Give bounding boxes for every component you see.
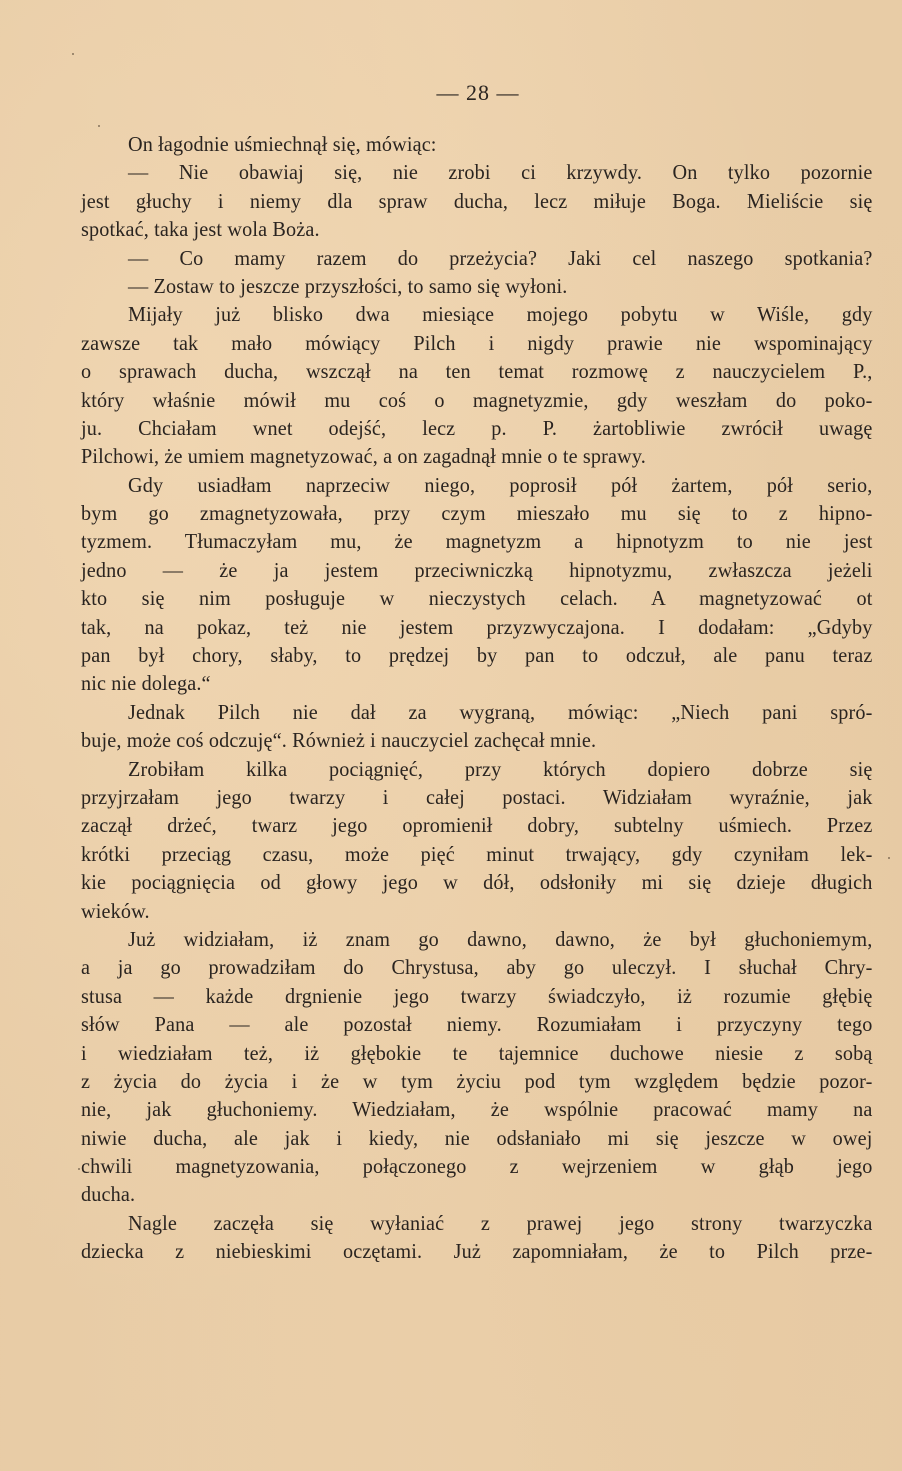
text-line: stusa — każde drgnienie jego twarzy świa… [81,982,872,1010]
page-body-text: On łagodnie uśmiechnął się, mówiąc:— Nie… [81,130,873,1266]
text-line: ducha. [81,1180,872,1208]
text-line: krótki przeciąg czasu, może pięć minut t… [81,840,872,868]
text-line: Jednak Pilch nie dał za wygraną, mówiąc:… [81,698,872,726]
text-line: — Nie obawiaj się, nie zrobi ci krzywdy.… [81,158,872,186]
text-line: chwili magnetyzowania, połączonego z wej… [81,1152,872,1180]
text-line: o sprawach ducha, wszczął na ten temat r… [81,357,872,385]
text-line: pan był chory, słaby, to prędzej by pan … [81,641,872,669]
paper-speck [98,125,100,127]
text-line: nie, jak głuchoniemy. Wiedziałam, że wsp… [81,1095,872,1123]
text-line: Już widziałam, iż znam go dawno, dawno, … [81,925,872,953]
text-line: tyzmem. Tłumaczyłam mu, że magnetyzm a h… [81,527,872,555]
text-line: bym go zmagnetyzowała, przy czym mieszał… [81,499,872,527]
text-line: On łagodnie uśmiechnął się, mówiąc: [81,130,872,158]
text-line: — Co mamy razem do przeżycia? Jaki cel n… [81,244,872,272]
text-line: Nagle zaczęła się wyłaniać z prawej jego… [81,1209,872,1237]
text-line: a ja go prowadziłam do Chrystusa, aby go… [81,953,872,981]
text-line: dziecka z niebieskimi oczętami. Już zapo… [81,1237,872,1265]
text-line: ju. Chciałam wnet odejść, lecz p. P. żar… [81,414,872,442]
text-line: nic nie dolega.“ [81,669,872,697]
text-line: przyjrzałam jego twarzy i całej postaci.… [81,783,872,811]
text-line: jest głuchy i niemy dla spraw ducha, lec… [81,187,872,215]
text-line: zawsze tak mało mówiący Pilch i nigdy pr… [81,329,872,357]
text-line: Pilchowi, że umiem magnetyzować, a on za… [81,442,872,470]
text-line: jedno — że ja jestem przeciwniczką hipno… [81,556,872,584]
paper-speck [468,717,470,719]
text-line: z życia do życia i że w tym życiu pod ty… [81,1067,872,1095]
paper-speck [888,857,890,859]
text-line: zaczął drżeć, twarz jego opromienił dobr… [81,811,872,839]
page-number: — 28 — [0,80,902,106]
text-line: spotkać, taka jest wola Boża. [81,215,872,243]
paper-speck [78,1168,80,1170]
text-line: tak, na pokaz, też nie jestem przyzwycza… [81,613,872,641]
text-line: buje, może coś odczuję“. Również i naucz… [81,726,872,754]
text-line: i wiedziałam też, iż głębokie te tajemni… [81,1039,872,1067]
text-line: niwie ducha, ale jak i kiedy, nie odsłan… [81,1124,872,1152]
text-line: Mijały już blisko dwa miesiące mojego po… [81,300,872,328]
text-line: kto się nim posługuje w nieczystych cela… [81,584,872,612]
text-line: — Zostaw to jeszcze przyszłości, to samo… [81,272,872,300]
text-line: Zrobiłam kilka pociągnięć, przy których … [81,755,872,783]
paper-speck [72,53,74,55]
text-line: Gdy usiadłam naprzeciw niego, poprosił p… [81,471,872,499]
text-line: który właśnie mówił mu coś o magnetyzmie… [81,386,872,414]
text-line: słów Pana — ale pozostał niemy. Rozumiał… [81,1010,872,1038]
text-line: wieków. [81,897,872,925]
text-line: kie pociągnięcia od głowy jego w dół, od… [81,868,872,896]
